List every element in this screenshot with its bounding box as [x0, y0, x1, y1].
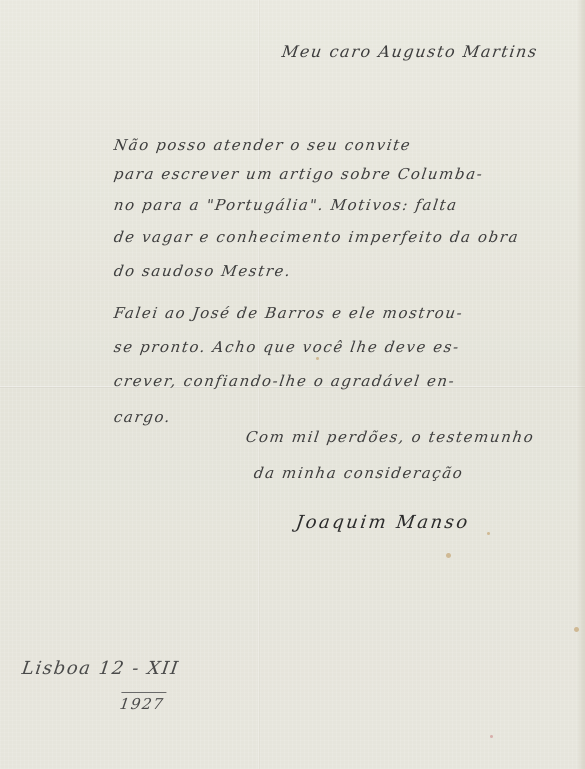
body-line-8: crever, confiando-lhe o agradável en-: [113, 372, 457, 390]
signature: Joaquim Manso: [295, 512, 472, 533]
place-date: Lisboa 12 - XII: [21, 658, 181, 679]
body-line-2: para escrever um artigo sobre Columba-: [113, 165, 485, 183]
closing-line-1: Com mil perdões, o testemunho: [245, 428, 536, 446]
closing-line-2: da minha consideração: [253, 464, 465, 482]
paper-edge-shadow: [577, 0, 585, 769]
body-line-6: Falei ao José de Barros e ele mostrou-: [113, 304, 465, 322]
body-line-3: no para a "Portugália". Motivos: falta: [113, 196, 459, 214]
body-line-7: se pronto. Acho que você lhe deve es-: [113, 338, 461, 356]
foxing-stain: [446, 553, 451, 558]
foxing-stain: [487, 532, 490, 535]
body-line-9: cargo.: [113, 408, 173, 426]
foxing-stain: [490, 735, 493, 738]
year: 1927: [119, 692, 167, 713]
salutation: Meu caro Augusto Martins: [281, 42, 540, 61]
body-line-5: do saudoso Mestre.: [113, 262, 293, 280]
foxing-stain: [574, 627, 579, 632]
body-line-4: de vagar e conhecimento imperfeito da ob…: [113, 228, 521, 246]
foxing-stain: [316, 357, 319, 360]
body-line-1: Não posso atender o seu convite: [113, 136, 413, 154]
letter-page: Meu caro Augusto Martins Não posso atend…: [0, 0, 585, 769]
